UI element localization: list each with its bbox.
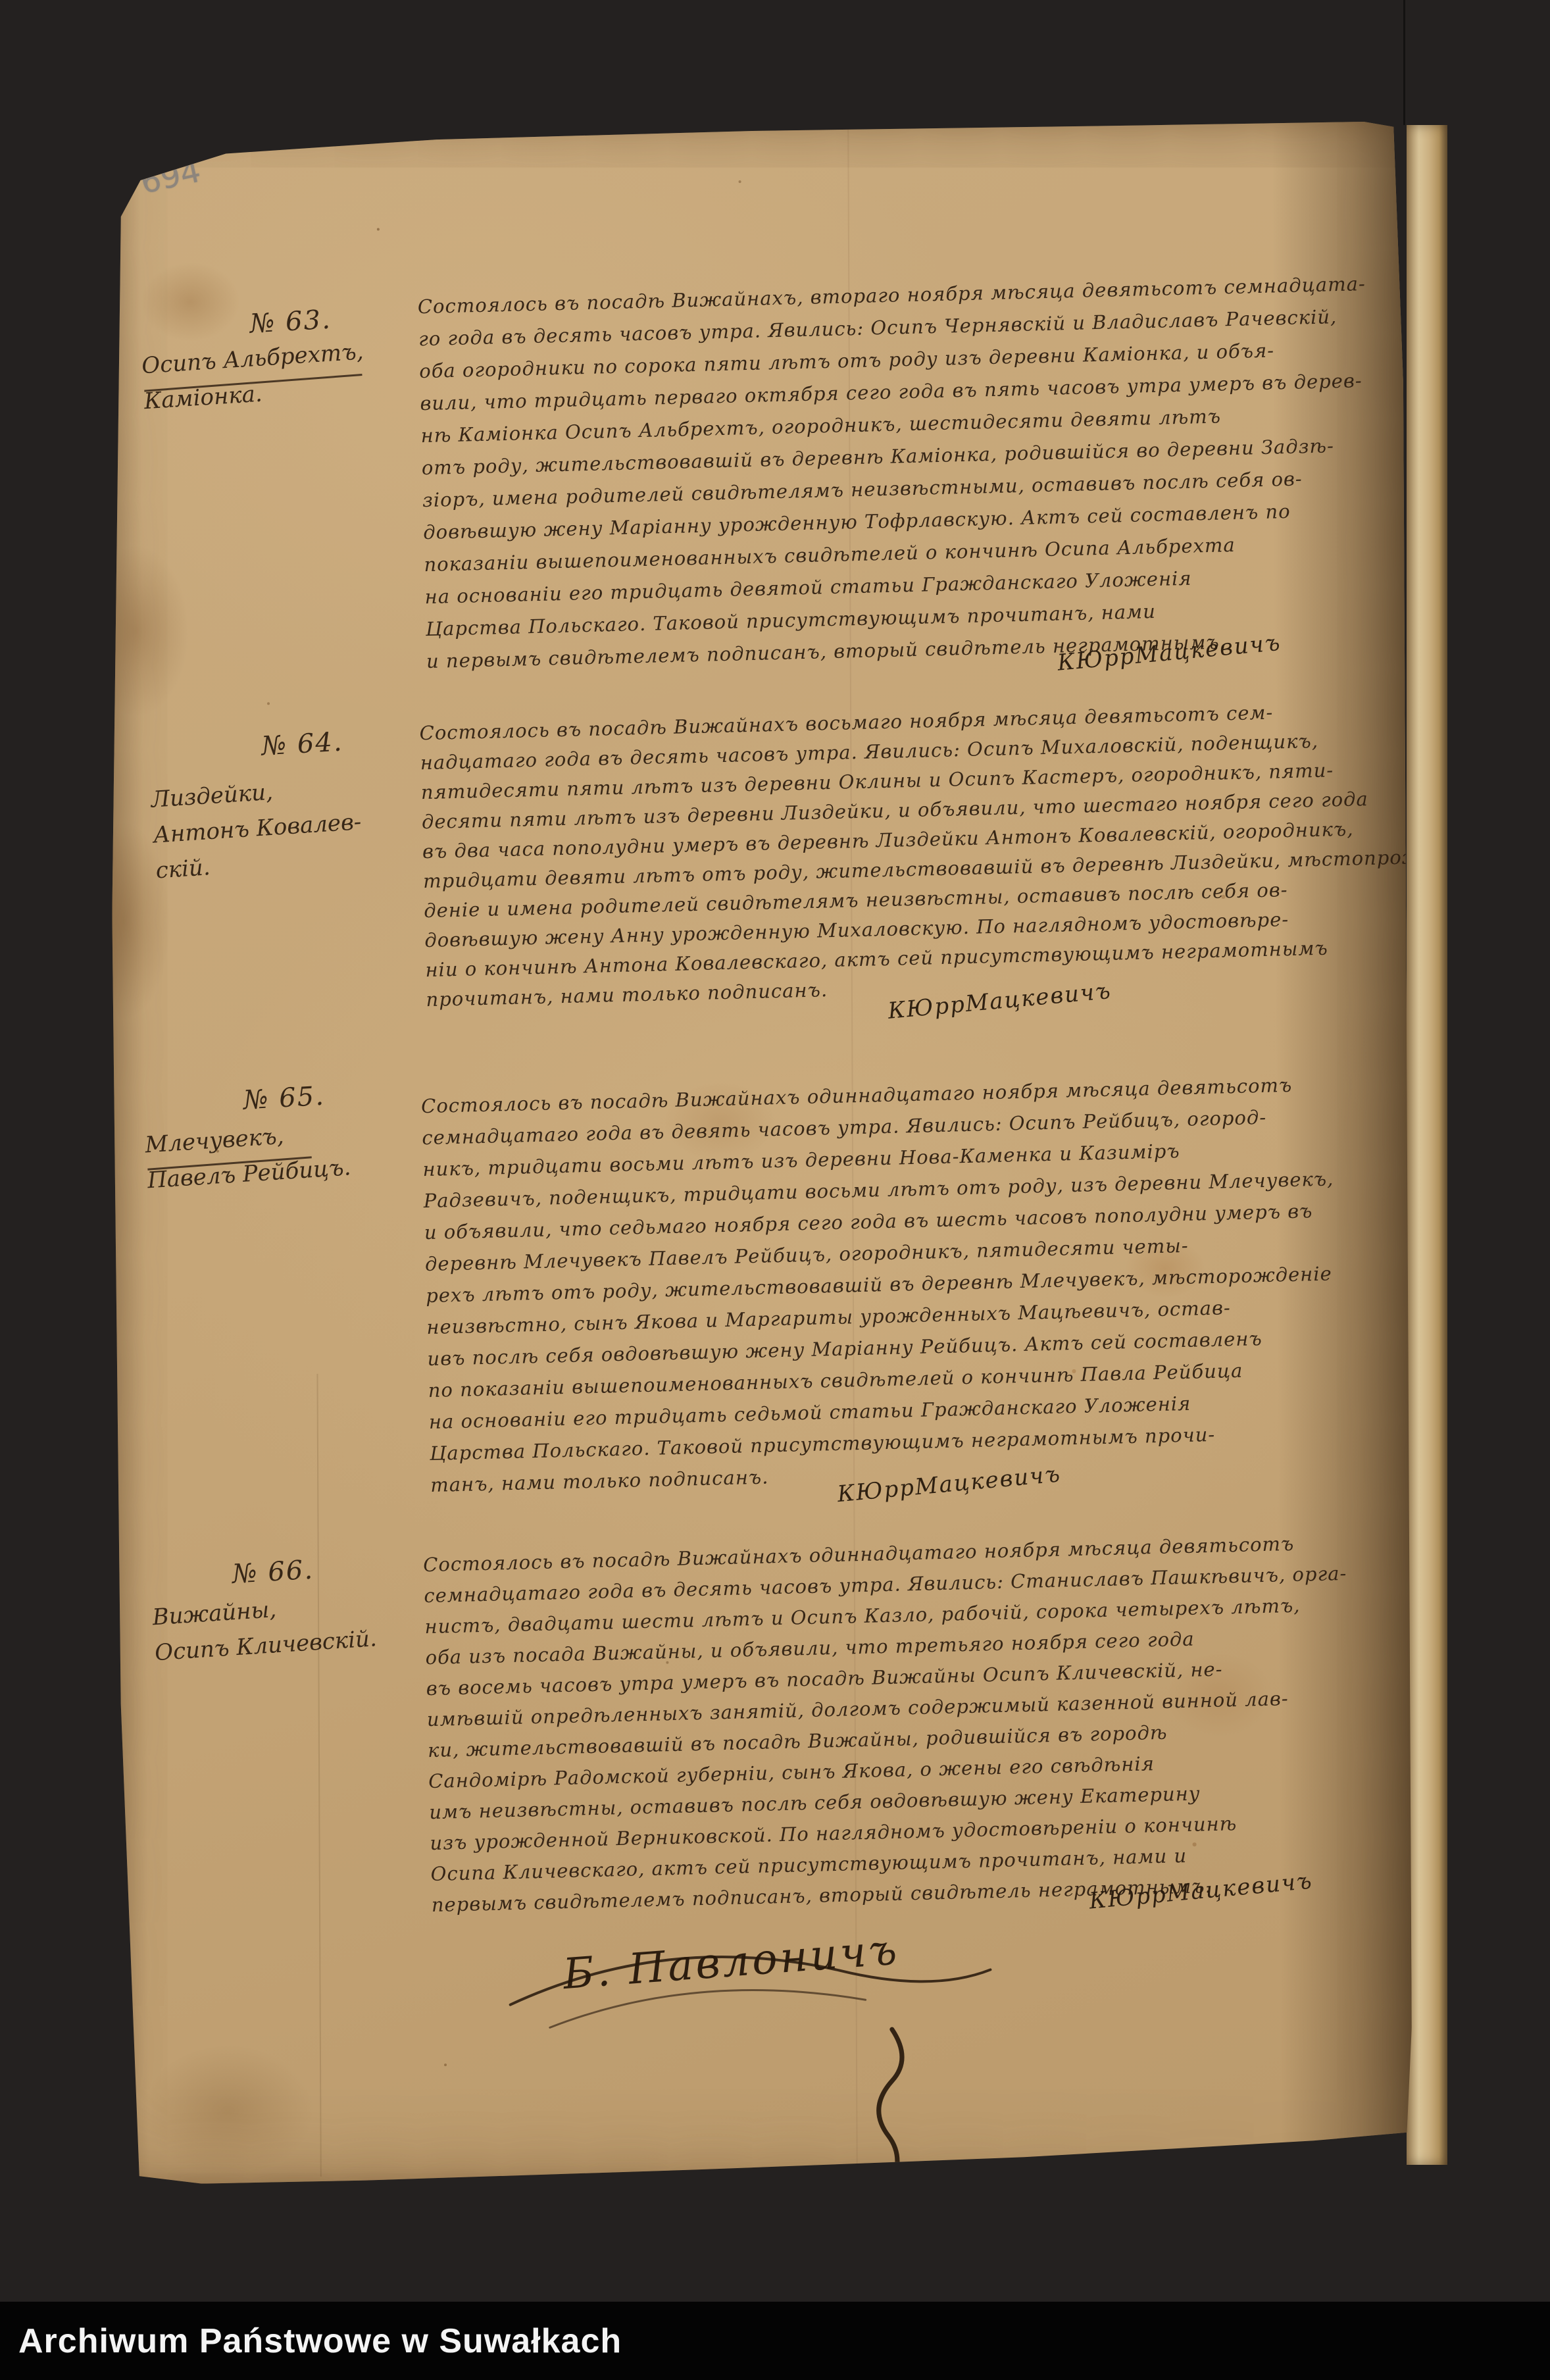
entry-64-body: Состоялось въ посадѣ Вижайнахъ восьмаго … bbox=[419, 696, 1367, 1015]
background-seam bbox=[1403, 0, 1405, 125]
paper-specks bbox=[94, 124, 95, 126]
entry-64-number: № 64. bbox=[261, 727, 344, 762]
entry-64-margin-name: Лиздейки, Антонъ Ковалев- скій. bbox=[150, 769, 365, 888]
entry-63-number: № 63. bbox=[249, 305, 332, 340]
entry-65-number: № 65. bbox=[242, 1081, 326, 1116]
folio-number-pencil: 694 bbox=[137, 153, 204, 201]
page-crease bbox=[316, 1374, 321, 2177]
entry-66-number: № 66. bbox=[232, 1555, 315, 1590]
paper-stain bbox=[142, 2045, 314, 2177]
paper-stain bbox=[141, 262, 240, 342]
entry-65-margin-name: Млечувекъ, Павелъ Рейбицъ. bbox=[144, 1114, 352, 1198]
entry-66-body: Состоялось въ посадѣ Вижайнахъ одиннадца… bbox=[423, 1527, 1372, 1921]
archival-scan: 694 № 63. Осипъ Альбрехтъ, Каміонка. Сос… bbox=[0, 0, 1550, 2380]
archive-credit-label: Archiwum Państwowe w Suwałkach bbox=[18, 2321, 622, 2361]
entry-63-body: Состоялось въ посадѣ Вижайнахъ, втораго … bbox=[417, 268, 1367, 678]
document-page: 694 № 63. Осипъ Альбрехтъ, Каміонка. Сос… bbox=[94, 119, 1416, 2185]
archive-credit-bar: Archiwum Państwowe w Suwałkach bbox=[0, 2302, 1550, 2380]
book-fore-edge bbox=[1407, 125, 1447, 2165]
entry-65-body: Состоялось въ посадѣ Вижайнахъ одиннадца… bbox=[421, 1067, 1372, 1501]
entry-66-margin-name: Вижайны, Осипъ Кличевскій. bbox=[151, 1585, 378, 1671]
page-left-shadow bbox=[94, 124, 149, 2184]
paper-stain bbox=[83, 545, 189, 717]
book-spine-fragment bbox=[1421, 78, 1446, 129]
